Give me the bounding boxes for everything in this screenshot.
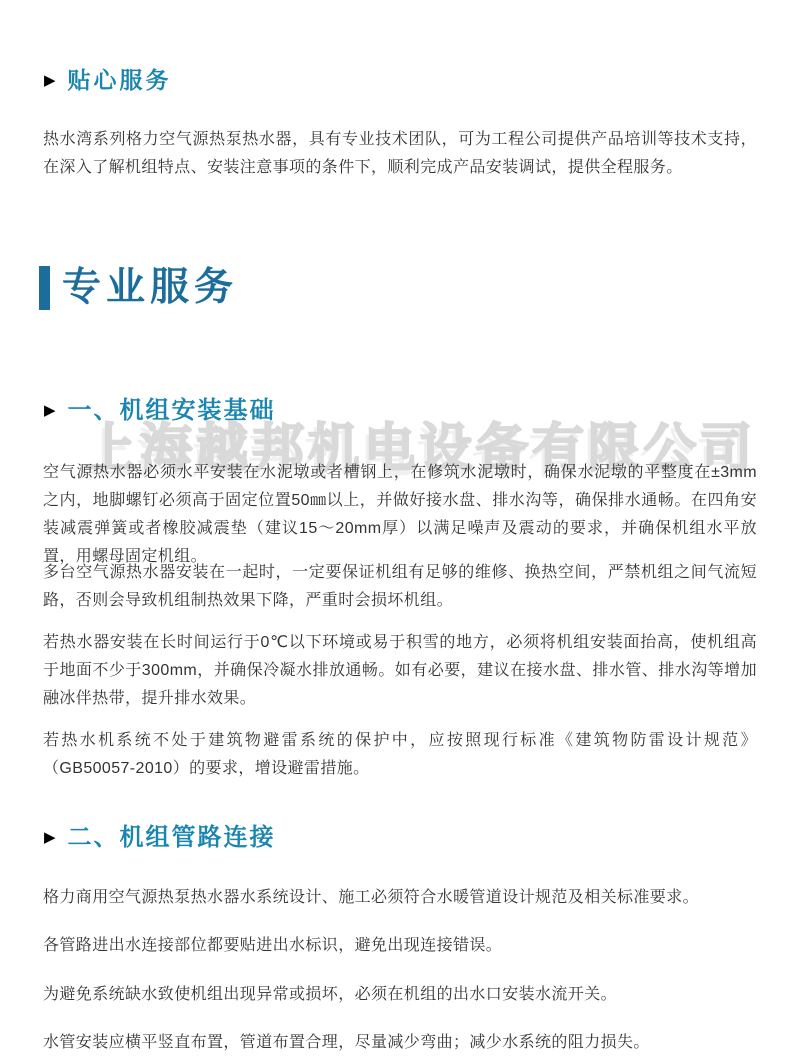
piping-paragraph: 水管安装应横平竖直布置，管道布置合理，尽量减少弯曲；减少水系统的阻力损失。: [43, 1029, 757, 1057]
page-title-label: 专业服务: [62, 265, 238, 311]
piping-paragraph: 各管路进出水连接部位都要贴进出水标识，避免出现连接错误。: [43, 932, 757, 960]
triangle-bullet-icon: ▶: [44, 830, 56, 845]
installation-paragraph: 若热水器安装在长时间运行于0℃以下环境或易于积雪的地方，必须将机组安装面抬高，使…: [43, 629, 757, 713]
piping-paragraph: 格力商用空气源热泵热水器水系统设计、施工必须符合水暖管道设计规范及相关标准要求。: [43, 884, 757, 912]
installation-paragraph: 多台空气源热水器安装在一起时，一定要保证机组有足够的维修、换热空间，严禁机组之间…: [43, 559, 757, 615]
subsection-heading-installation: ▶ 一、机组安装基础: [44, 395, 276, 426]
piping-paragraph: 为避免系统缺水致使机组出现异常或损坏，必须在机组的出水口安装水流开关。: [43, 981, 757, 1009]
product-detail-page: 上海越邦机电设备有限公司 ▶ 贴心服务 热水湾系列格力空气源热泵热水器，具有专业…: [0, 0, 800, 1060]
subsection-heading-installation-label: 一、机组安装基础: [68, 395, 276, 426]
section-heading-care-label: 贴心服务: [68, 65, 172, 95]
installation-paragraph: 空气源热水器必须水平安装在水泥墩或者槽钢上，在修筑水泥墩时，确保水泥墩的平整度在…: [43, 459, 757, 571]
page-title-professional: 专业服务: [39, 265, 238, 311]
triangle-bullet-icon: ▶: [44, 403, 56, 418]
installation-paragraph: 若热水机系统不处于建筑物避雷系统的保护中，应按照现行标准《建筑物防雷设计规范》（…: [43, 727, 757, 783]
title-accent-bar: [39, 266, 50, 310]
care-intro-paragraph: 热水湾系列格力空气源热泵热水器，具有专业技术团队，可为工程公司提供产品培训等技术…: [43, 126, 757, 182]
triangle-bullet-icon: ▶: [44, 73, 56, 88]
subsection-heading-piping: ▶ 二、机组管路连接: [44, 822, 276, 853]
section-heading-care: ▶ 贴心服务: [44, 65, 172, 95]
subsection-heading-piping-label: 二、机组管路连接: [68, 822, 276, 853]
